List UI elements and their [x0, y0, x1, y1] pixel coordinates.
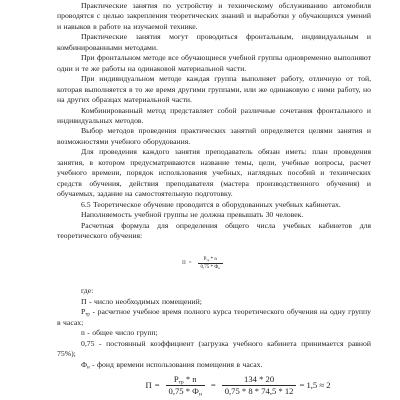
definition-n: n - общее число групп; — [57, 328, 371, 338]
paragraph-frontal-method: При фронтальном методе все обучающиеся у… — [57, 53, 371, 74]
definition-p: П - число необходимых помещений; — [57, 297, 371, 307]
formula-calculation: П = Ртр * n 0,75 * Фн = 134 * 20 0,75 * … — [81, 373, 395, 397]
fraction-denominator: 0,75 * Фн — [166, 385, 205, 398]
paragraph-lesson-plan: Для проведения каждого занятия преподава… — [57, 147, 371, 199]
formula-theory-cabinets: П = Ртр * n 0,75 * Фн — [47, 250, 361, 277]
equals-sign: = — [211, 380, 216, 390]
paragraph-individual-method: При индивидуальном методе каждая группа … — [57, 74, 371, 105]
paragraph-section-6-5: 6.5 Теоретическое обучение проводится в … — [57, 200, 371, 210]
where-label: где: — [57, 286, 371, 296]
formula-result: = 1,5 ≈ 2 — [299, 380, 330, 390]
fraction-denominator: 0,75 * 8 * 74,5 * 12 — [222, 385, 297, 398]
subscript: н — [199, 392, 202, 398]
equals-sign: = — [155, 380, 160, 390]
paragraph-combined-method: Комбинированный метод представляет собой… — [57, 106, 371, 127]
definition-fn: Фн - фонд времени использования помещени… — [57, 360, 371, 370]
fraction-numerator: Ртр * n — [201, 256, 220, 263]
document-page: Практические занятия по устройству и тех… — [0, 0, 400, 400]
fraction-numeric: 134 * 20 0,75 * 8 * 74,5 * 12 — [222, 373, 297, 397]
fraction-numerator: 134 * 20 — [241, 373, 277, 385]
paragraph-methods-list: Практические занятия могут проводиться ф… — [57, 32, 371, 53]
fraction: Ртр * n 0,75 * Фн — [198, 256, 223, 272]
formula-lhs: П — [182, 259, 186, 269]
fraction-denominator: 0,75 * Фн — [198, 263, 223, 271]
document-body: Практические занятия по устройству и тех… — [57, 1, 371, 398]
paragraph-group-size: Наполняемость учебной группы не должна п… — [57, 210, 371, 220]
definition-coefficient: 0,75 - постоянный коэффициент (загрузка … — [57, 339, 371, 360]
equals-sign: = — [189, 259, 192, 269]
fraction-symbolic: Ртр * n 0,75 * Фн — [166, 373, 205, 397]
paragraph-method-choice: Выбор методов проведения практических за… — [57, 126, 371, 147]
subscript: н — [218, 266, 220, 270]
formula-lhs: П — [145, 380, 151, 390]
paragraph-practical-intro: Практические занятия по устройству и тех… — [57, 1, 371, 32]
fraction-numerator: Ртр * n — [171, 373, 200, 385]
paragraph-formula-intro: Расчетная формула для определения общего… — [57, 221, 371, 242]
definition-ptr: Ртр - расчетное учебное время полного ку… — [57, 307, 371, 328]
